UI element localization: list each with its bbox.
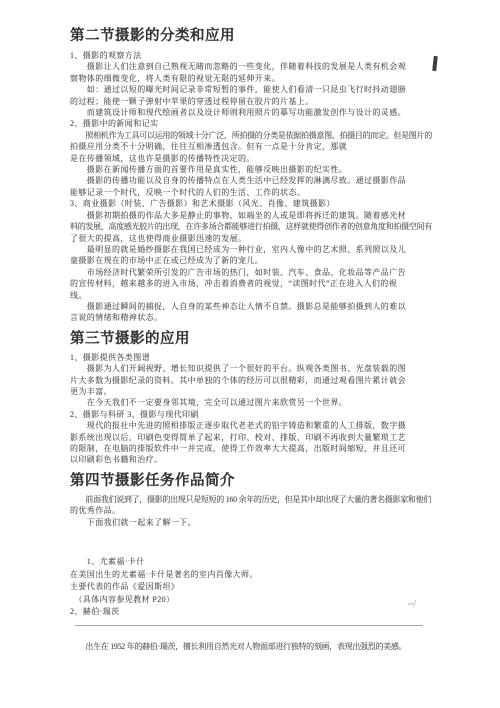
text-line: 最明显的就是婚纱摄影在我国已经成为一种行业，室内人像中的艺术照、系列照以及儿 <box>70 244 470 255</box>
text-line: 3、商业摄影（时装、广告摄影）和艺术摄影（风光、肖像、建筑摄影） <box>70 198 470 209</box>
text-line: 摄影的传播功能以及自身的传播特点在人类生活中已经发挥的淋漓尽致。通过摄影作品 <box>70 175 470 186</box>
text-line: 料的发展，高度感光胶片的出现，在许多场合都能够进行拍摄，这样就使得创作者的创意角… <box>70 221 470 232</box>
text-line: 而建筑设计师和现代绘画者以及设计师则利用照片的摹写功能激发创作与设计的灵感。 <box>70 107 470 118</box>
text-line: 照相机作为工具可以运用的领域十分广泛，所拍摄的分类是依据拍摄意图、拍摄目的而定。… <box>70 130 470 141</box>
document-page: 第二节摄影的分类和应用 1、摄影的观察方法 摄影让人们注意到自己熟视无睹而忽略的… <box>0 0 500 708</box>
section-2: 第二节摄影的分类和应用 1、摄影的观察方法 摄影让人们注意到自己熟视无睹而忽略的… <box>70 27 470 324</box>
text-line: 是在传播领域，这也许是摄影的传播特性决定的。 <box>70 153 470 164</box>
text-line: 更为丰富。 <box>70 386 470 397</box>
text-line: 主要代表的作品《爱因斯坦》 <box>70 581 470 594</box>
text-line: 的宣传材料，越来越多的进入市场，冲击着消费者的视觉，“读图时代”正在进入人们的视 <box>70 278 470 289</box>
text-line: 片大多数为摄影纪录的资料。其中单独的个体的经历可以很精彩，而通过观看图片累计就会 <box>70 375 470 386</box>
text-line: 摄影在新闻传播方面的首要作用是真实性，能够反映出摄影的纪实性。 <box>70 164 470 175</box>
text-line: 影系统出现以后，印刷色变得简单了起来，打印、校对、排版、印刷不再收到大量繁琐工艺 <box>70 432 470 443</box>
text-line: 1、尤素福·卡什 <box>70 556 470 569</box>
section-3: 第三节摄影的应用 1、摄影提供各类图谱 摄影为人们开阔视野、增长知识提供了一个很… <box>70 330 470 466</box>
text-line: 能够记录一个时代，反映一个时代的人们的生活、工作的状态。 <box>70 187 470 198</box>
section-heading: 第四节摄影任务作品简介 <box>70 472 470 491</box>
text-line: 的过程；能使一颗子弹射中苹果的穿透过程停留在胶片的片基上。 <box>70 96 470 107</box>
text-line: 了很大的提高，这也使得商业摄影迅速的发展。 <box>70 233 470 244</box>
text-line: 言说的情绪和精神状态。 <box>70 312 470 323</box>
section-heading: 第二节摄影的分类和应用 <box>70 27 470 46</box>
text-line: 摄影初期拍摄的作品大多是静止的事物，如端坐的人或是即将拆迁的建筑。随着感光材 <box>70 210 470 221</box>
section-4: 第四节摄影任务作品简介 前面我们说到了，摄影的出现只是短短的 160 余年的历史… <box>70 472 470 528</box>
text-line: 的限制，在电脑的排版软件中一并完成，使得工作效率大大提高，出版时间缩短，并且还可 <box>70 443 470 454</box>
text-line: 下面我们就一起来了解一下。 <box>70 517 470 528</box>
text-line: 摄影让人们注意到自己熟视无睹而忽略的一些变化，伴随着科技的发展是人类有机会观 <box>70 61 470 72</box>
text-line: 现代的报社中先进的照相排版正逐步取代老老式的铅字铸造和繁重的人工排版，数字摄 <box>70 420 470 431</box>
text-line: 察物体的细微变化，将人类有限的视觉无限的延伸开来。 <box>70 73 470 84</box>
text-line: 拍摄应用分类不十分明确，往往互相渗透包含。但有一点是十分肯定，那就 <box>70 141 470 152</box>
text-line: 2、摄影中的新闻和记实 <box>70 118 470 129</box>
text-line: 童摄影在现在的市场中正在或已经成为了新的宠儿。 <box>70 255 470 266</box>
text-line: 在美国出生的尤素福·卡什是著名的室内肖像大师。 <box>70 569 470 582</box>
page-break-mark: ~/ <box>407 598 417 610</box>
text-line: 如：通过以短的曝光时间记录非常短暂的事件，能使人们看清一只昆虫飞行时抖动翅膀 <box>70 84 470 95</box>
text-line: 2、摄影与科研 3、摄影与现代印刷 <box>70 409 470 420</box>
text-line: 摄影为人们开阔视野、增长知识提供了一个很好的平台。纵观各类图书、光盘装载的图 <box>70 363 470 374</box>
text-line: 线。 <box>70 290 470 301</box>
text-line: 以印刷彩色书籍和治疗。 <box>70 454 470 465</box>
text-line: 1、摄影的观察方法 <box>70 50 470 61</box>
text-line: 摄影通过瞬间的捕捉，人自身的某些神态让人情不自禁。摄影总是能够拍摄到人的难以 <box>70 301 470 312</box>
text-line: 1、摄影提供各类图谱 <box>70 352 470 363</box>
text-line: 出生在 1952 年的赫伯·瑞茨，擅长利用自然光对人物面部进行独特的刻画，表现出… <box>70 641 470 652</box>
text-line: 前面我们说到了，摄影的出现只是短短的 160 余年的历史，但是其中却出现了大量的… <box>70 494 470 505</box>
section-heading: 第三节摄影的应用 <box>70 330 470 349</box>
text-line: 市场经济时代繁荣所引发的广告市场的热门，如时装、汽车、食品、化妆品等产品广告 <box>70 267 470 278</box>
text-line: 在今天我们不一定要身邻其境，完全可以通过图片来欣赏另一个世界。 <box>70 397 470 408</box>
text-line: 的优秀作品。 <box>70 505 470 516</box>
page-divider-rule <box>75 625 423 626</box>
